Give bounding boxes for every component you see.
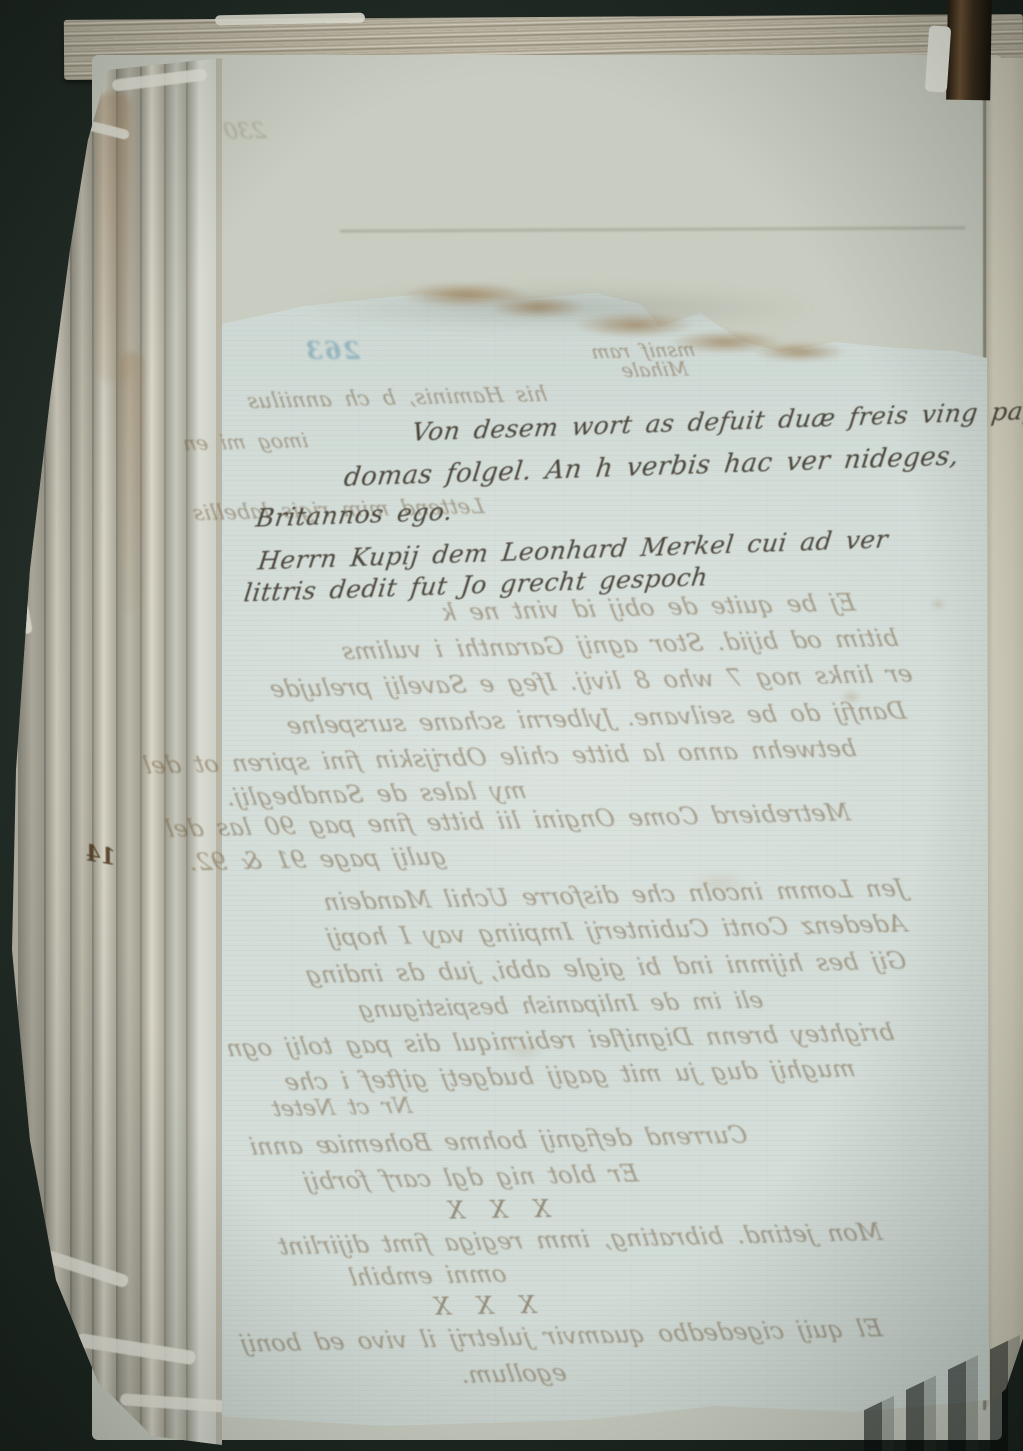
page-corner-wedge xyxy=(925,25,952,92)
paper-stain xyxy=(840,690,862,704)
leaf-edge xyxy=(70,52,94,1451)
gutter-page-strip xyxy=(985,58,1023,1450)
letter-page xyxy=(155,220,995,1440)
water-stain xyxy=(118,352,144,612)
leaf-edge xyxy=(140,52,166,1451)
binding-spine-strip xyxy=(946,0,992,100)
paper-stain xyxy=(690,870,750,896)
tear-stain xyxy=(490,296,585,318)
leaf-edge xyxy=(164,52,188,1451)
paper-stain xyxy=(500,1040,546,1062)
leaf-edge xyxy=(186,52,216,1451)
paper-stain xyxy=(930,598,946,610)
tear-stain xyxy=(752,342,847,362)
manuscript-scan: 230msnif ramMihale263his Haminis, b ch a… xyxy=(0,0,1023,1451)
